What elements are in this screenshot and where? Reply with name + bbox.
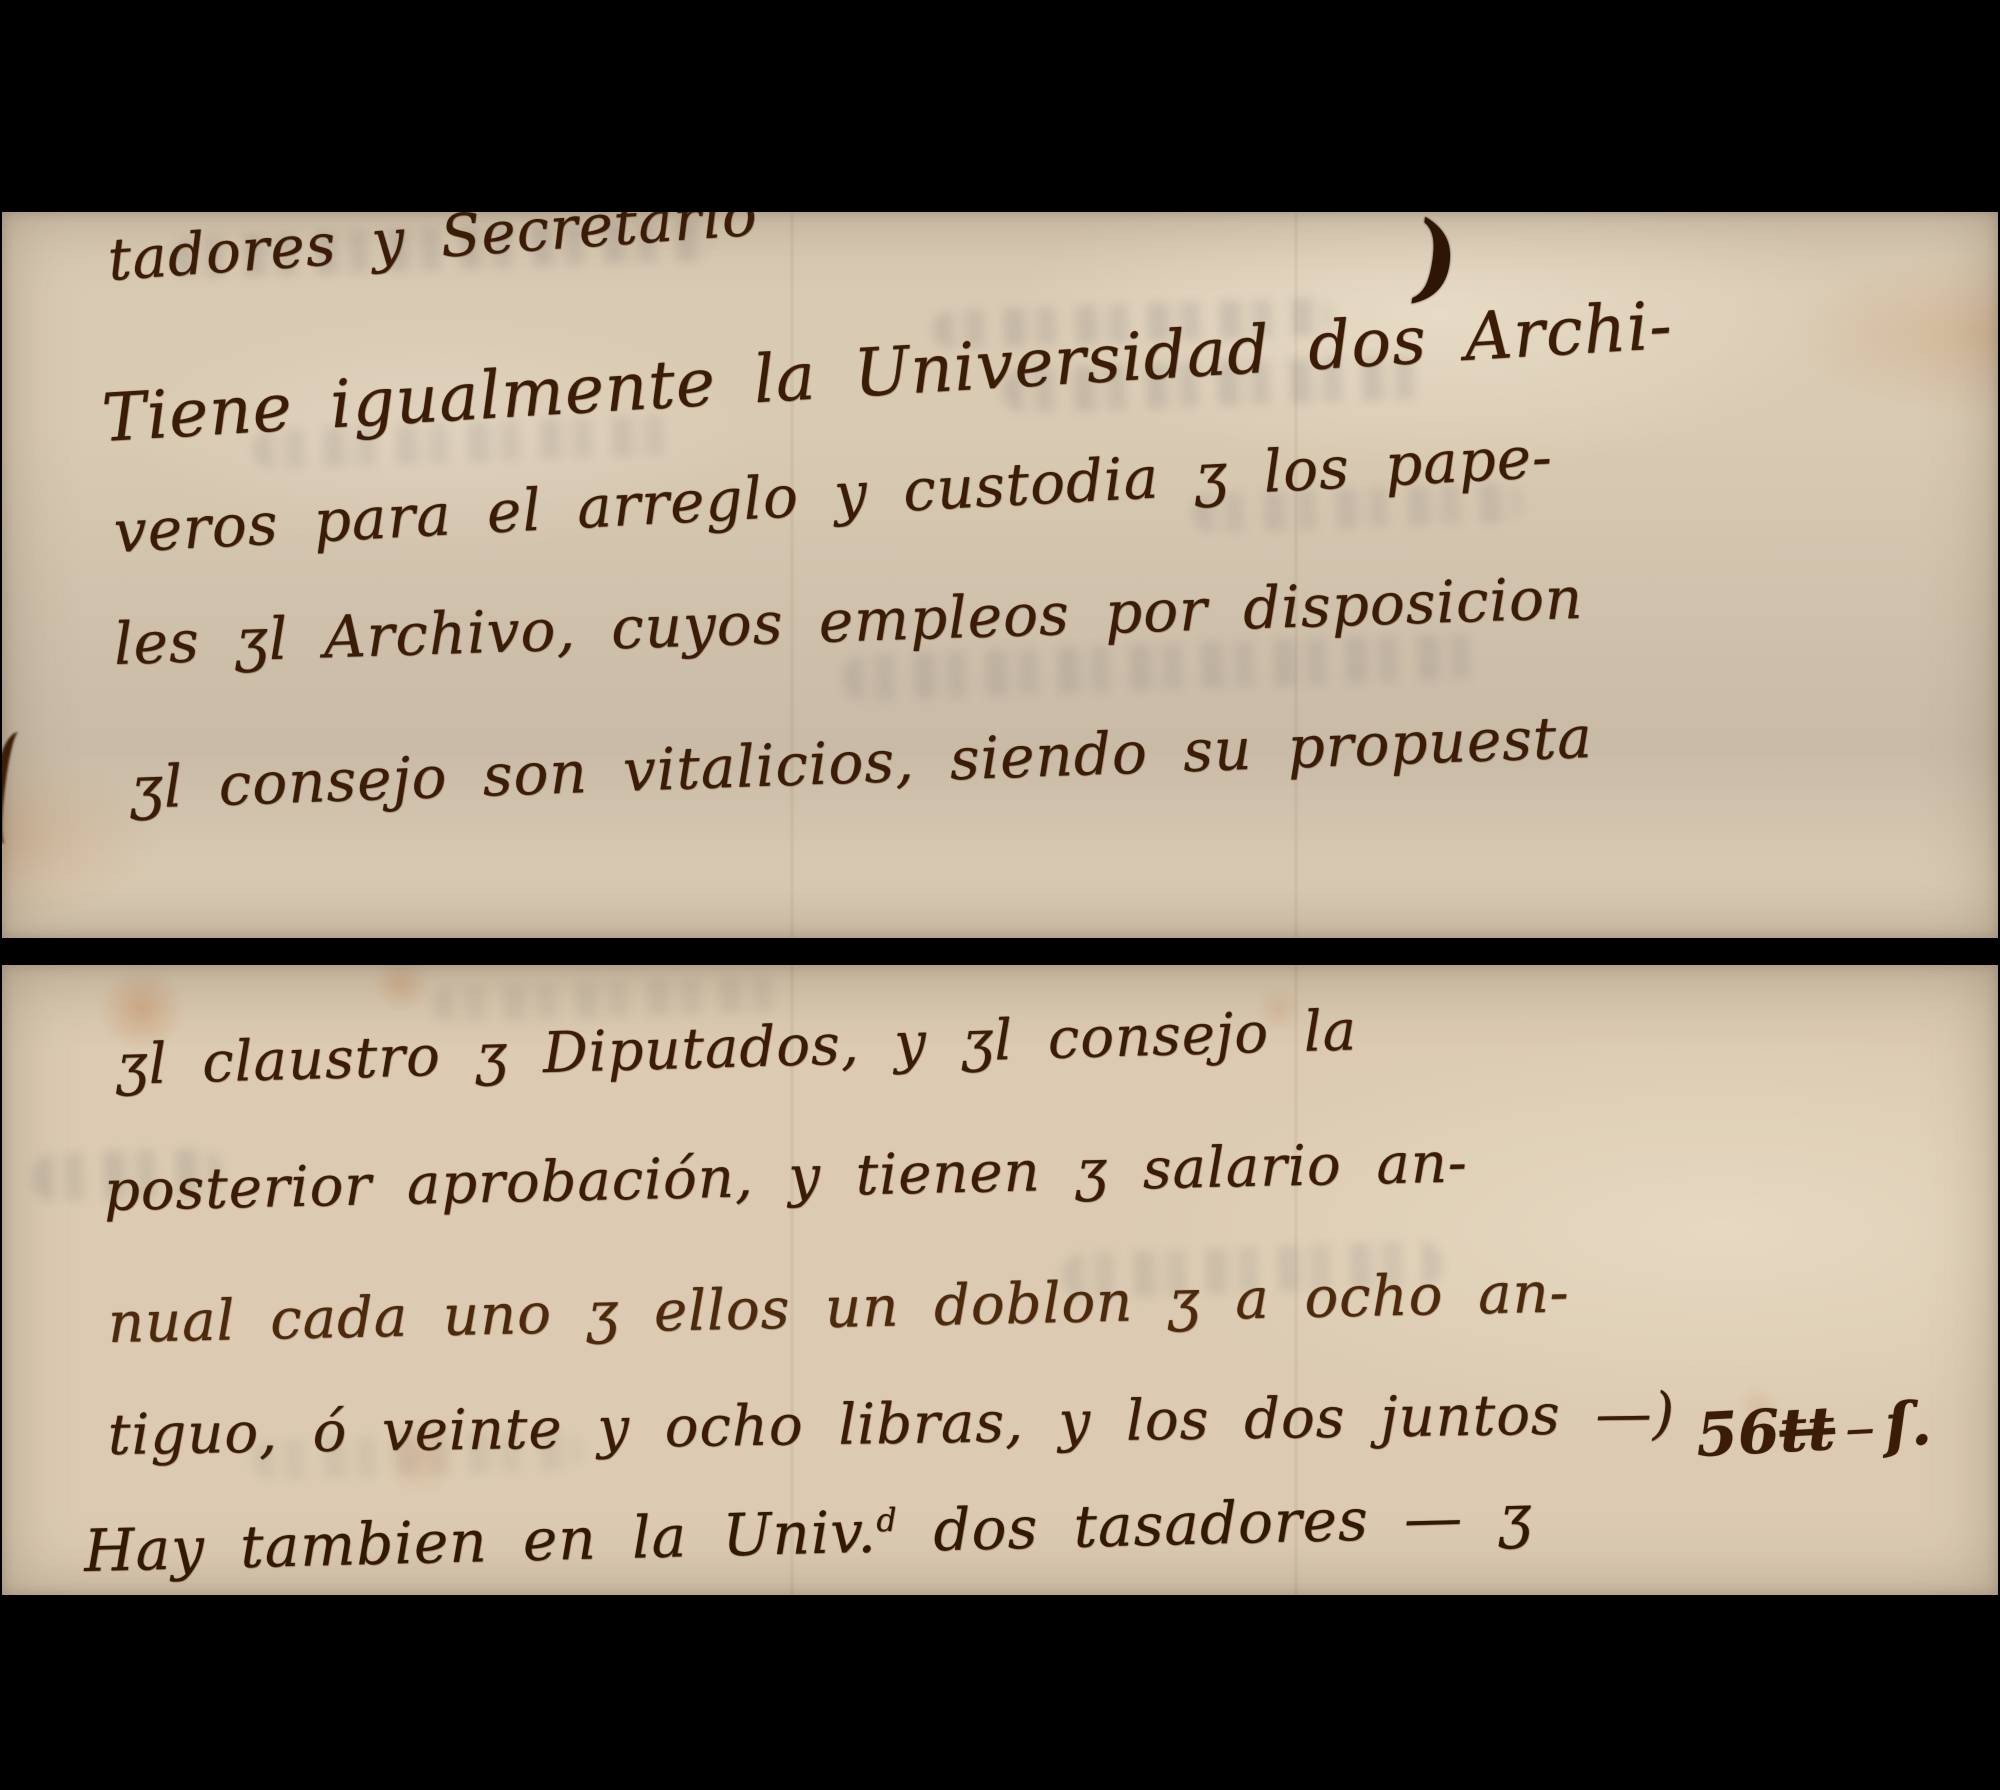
line-text: Hay tambien en la Univ. (83, 1498, 877, 1585)
manuscript-fragment-top: tadores y Secretario ) Tiene igualmente … (2, 212, 1998, 938)
ink-blot (2, 730, 38, 846)
margin-amount-note: 56tt–ſ. (1694, 1389, 1933, 1471)
superscript-d: d (876, 1501, 898, 1540)
scan-seam (790, 212, 794, 938)
libras-unit: tt (1778, 1394, 1837, 1467)
line-text: dos tasadores — ʒ (897, 1482, 1533, 1565)
scan-background: tadores y Secretario ) Tiene igualmente … (0, 0, 2000, 1790)
manuscript-line: ʒl consejo son vitalicios, siendo su pro… (129, 703, 1594, 822)
dash-separator: – (1833, 1391, 1887, 1464)
manuscript-fragment-bottom: ʒl claustro ʒ Diputados, y ʒl consejo la… (2, 965, 1998, 1595)
amount-value: 56 (1694, 1397, 1781, 1471)
manuscript-line: nual cada uno ʒ ellos un doblon ʒ a ocho… (107, 1260, 1570, 1356)
manuscript-line: Hay tambien en la Univ.d dos tasadores —… (83, 1482, 1533, 1585)
manuscript-line: tiguo, ó veinte y ocho libras, y los dos… (108, 1381, 1676, 1468)
manuscript-line: ʒl claustro ʒ Diputados, y ʒl consejo la (115, 998, 1358, 1098)
sueldos-symbol: ſ. (1883, 1389, 1933, 1461)
manuscript-line: tadores y Secretario (106, 212, 760, 294)
manuscript-line: posterior aprobación, y tienen ʒ salario… (103, 1130, 1468, 1224)
